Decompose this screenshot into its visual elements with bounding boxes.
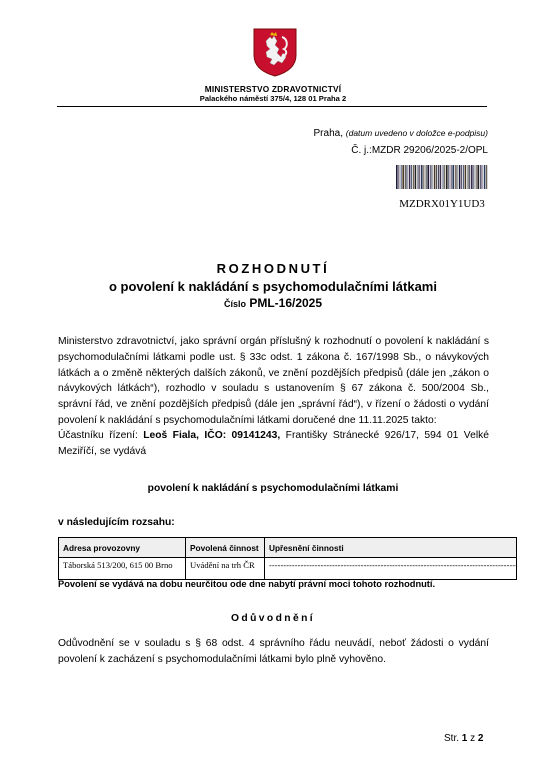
page-separator: z: [470, 733, 475, 744]
ministry-address: Palackého náměstí 375/4, 128 01 Praha 2: [0, 94, 546, 103]
reference-number: Č. j.:MZDR 29206/2025-2/OPL: [351, 145, 488, 156]
ministry-name: MINISTERSTVO ZDRAVOTNICTVÍ: [0, 84, 546, 94]
permit-table: Adresa provozovny Povolená činnost Upřes…: [58, 537, 517, 580]
col-header-activity: Povolená činnost: [186, 538, 265, 558]
reasoning-title: Odůvodnění: [0, 613, 546, 624]
date-note: (datum uvedeno v doložce e-podpisu): [346, 128, 488, 138]
barcode-text: MZDRX01Y1UD3: [396, 198, 488, 210]
cell-activity: Uvádění na trh ČR: [186, 558, 265, 580]
participant-label: Účastníku řízení:: [58, 430, 138, 441]
decision-title: ROZHODNUTÍ: [0, 261, 546, 276]
place-label: Praha,: [314, 128, 343, 139]
permit-heading: povolení k nakládání s psychomodulačními…: [0, 483, 546, 494]
decision-subtitle: o povolení k nakládání s psychomodulační…: [0, 279, 546, 294]
page-total: 2: [478, 733, 484, 744]
table-row: Táborská 513/200, 615 00 Brno Uvádění na…: [59, 558, 517, 580]
scope-label: v následujícím rozsahu:: [58, 517, 175, 528]
reasoning-text: Odůvodnění se v souladu s § 68 odst. 4 s…: [58, 636, 489, 668]
col-header-detail: Upřesnění činnosti: [265, 538, 517, 558]
page-current: 1: [462, 733, 468, 744]
cell-detail: ----------------------------------------…: [265, 558, 517, 580]
validity-statement: Povolení se vydává na dobu neurčitou ode…: [58, 579, 435, 589]
barcode: [396, 165, 488, 191]
page-number: Str. 1 z 2: [444, 733, 483, 744]
col-header-address: Adresa provozovny: [59, 538, 186, 558]
decision-number: Číslo PML-16/2025: [0, 296, 546, 310]
page-prefix: Str.: [444, 733, 459, 744]
table-header-row: Adresa provozovny Povolená činnost Upřes…: [59, 538, 517, 558]
number-value: PML-16/2025: [249, 296, 322, 310]
number-label: Číslo: [224, 299, 246, 309]
intro-paragraph: Ministerstvo zdravotnictví, jako správní…: [58, 334, 489, 429]
participant-name-ico: Leoš Fiala, IČO: 09141243,: [143, 430, 280, 441]
czech-coat-of-arms-icon: [252, 27, 298, 77]
place-date: Praha, (datum uvedeno v doložce e-podpis…: [314, 128, 488, 139]
participant-paragraph: Účastníku řízení: Leoš Fiala, IČO: 09141…: [58, 428, 489, 460]
header-divider: [57, 106, 487, 107]
cell-address: Táborská 513/200, 615 00 Brno: [59, 558, 186, 580]
